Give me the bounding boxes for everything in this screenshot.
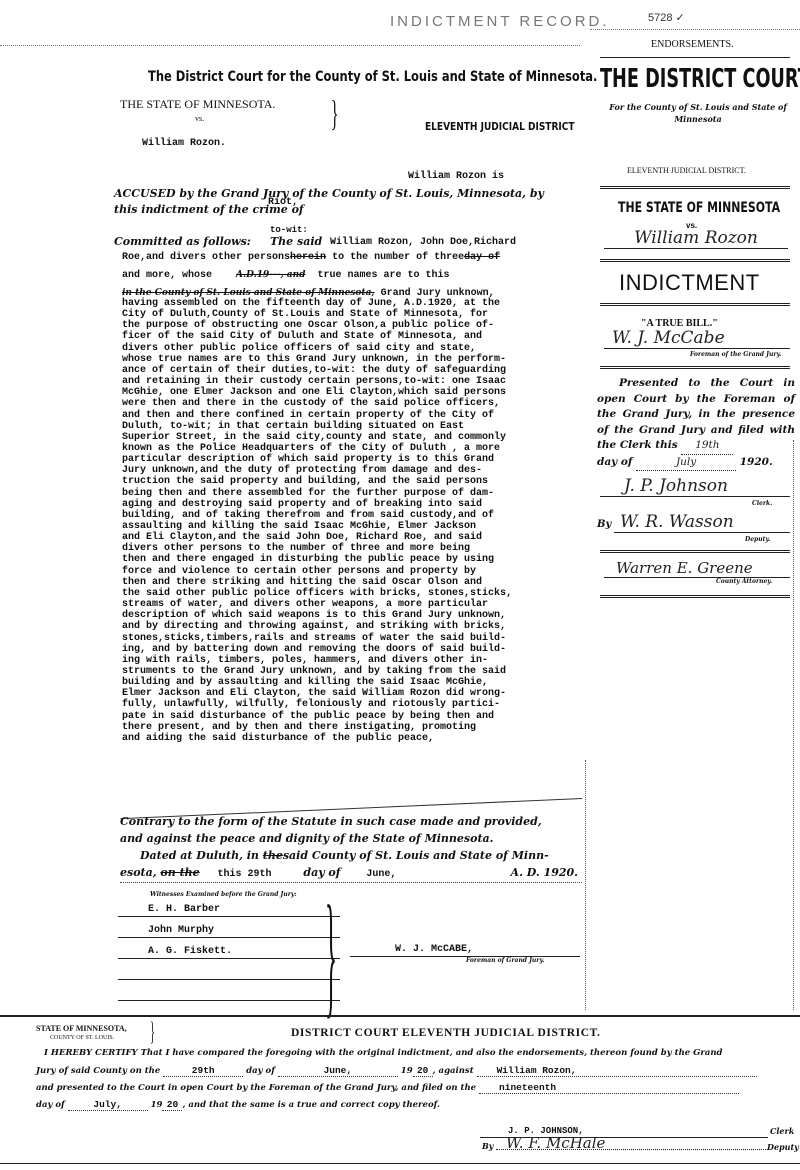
cert-brace-icon: } (150, 1019, 155, 1045)
foreman-caption: Foreman of the Grand Jury. (690, 351, 781, 358)
witness-line (118, 982, 340, 1001)
cert-state: STATE OF MINNESOTA, (36, 1024, 127, 1033)
body-line: Roe,and divers other personsherein to th… (122, 252, 500, 264)
the-said: The said (270, 235, 322, 248)
divider (600, 595, 790, 598)
court-heading: The District Court for the County of St.… (148, 69, 597, 85)
crime-name: Riot, (268, 197, 298, 208)
divider (600, 550, 790, 553)
divider (600, 57, 790, 58)
witness-line (118, 961, 340, 980)
committed-label: Committed as follows: (114, 235, 251, 248)
margin-line (793, 440, 794, 1010)
cert-heading: DISTRICT COURT ELEVENTH JUDICIAL DISTRIC… (291, 1027, 601, 1039)
accused-name: William Rozon is (408, 171, 504, 182)
cert-county: COUNTY OF ST. LOUIS. (50, 1035, 114, 1041)
by-label: By (597, 519, 611, 530)
caption-vs: vs. (195, 114, 204, 123)
statute-line-2: and against the peace and dignity of the… (120, 832, 494, 845)
caption-brace-icon: } (331, 95, 339, 131)
record-title: INDICTMENT RECORD. (390, 13, 610, 30)
clerk-caption: Clerk. (752, 500, 772, 507)
clerk-signature: J. P. Johnson (600, 476, 790, 497)
divider (600, 303, 790, 306)
to-wit-insert: to-wit: (270, 225, 308, 235)
footer-rule (0, 1015, 800, 1017)
foreman-signature: W. J. McCabe (604, 328, 790, 349)
witness-line: John Murphy (118, 919, 340, 938)
deputy-signature: W. R. Wasson (614, 512, 790, 533)
caption-plaintiff: THE STATE OF MINNESOTA. (120, 97, 275, 112)
cert-line-4: day of July, 1920, and that the same is … (36, 1099, 440, 1111)
statute-line-1: Contrary to the form of the Statute in s… (120, 815, 542, 828)
cert-line-1: I HEREBY CERTIFY That I have compared th… (44, 1048, 723, 1058)
deputy-caption: Deputy. (745, 536, 770, 543)
county-attorney-caption: County Attorney. (716, 578, 772, 585)
divider (600, 259, 790, 262)
endorsements-label: ENDORSEMENTS. (651, 39, 734, 50)
witness-header: Witnesses Examined before the Grand Jury… (150, 891, 297, 898)
witness-line: E. H. Barber (118, 898, 340, 917)
header-rule (0, 45, 580, 46)
defendant-signature: William Rozon (604, 228, 788, 249)
cert-deputy-signature: W. F. McHale (496, 1134, 768, 1150)
cert-deputy-caption: Deputy (767, 1142, 799, 1152)
dated-underline (120, 882, 582, 883)
divider (600, 186, 790, 189)
document-type: INDICTMENT (619, 270, 760, 296)
foreman-printed-caption: Foreman of Grand Jury. (466, 957, 544, 964)
endorsement-court: THE DISTRICT COURT, (600, 64, 800, 94)
divider (600, 366, 790, 369)
presented-text: Presented to the Court in open Court by … (597, 376, 795, 471)
caption-district: ELEVENTH JUDICIAL DISTRICT (425, 120, 575, 133)
body-line: William Rozon, John Doe,Richard (330, 237, 516, 249)
endorsement-district: ELEVENTH JUDICIAL DISTRICT. (627, 166, 746, 175)
foreman-printed-line: W. J. McCABE, (350, 940, 580, 957)
endorsement-county: For the County of St. Louis and State of… (602, 101, 794, 125)
body-line: and more, whose A.D.19---, and true name… (122, 269, 449, 282)
witness-line: A. G. Fiskett. (118, 940, 340, 959)
dated-line-1: Dated at Duluth, in thesaid County of St… (140, 849, 549, 862)
bottom-rule (0, 1163, 800, 1164)
cert-by-label: By (482, 1141, 493, 1151)
divider (590, 29, 800, 30)
cert-line-2: Jury of said County on the 29th day of J… (36, 1065, 757, 1077)
cert-line-3: and presented to the Court in open Court… (36, 1082, 739, 1094)
accused-line-1: ACCUSED by the Grand Jury of the County … (114, 187, 544, 200)
file-number: 5728 ✓ (648, 11, 685, 24)
endorsement-state: THE STATE OF MINNESOTA (618, 200, 780, 216)
county-attorney-signature: Warren E. Greene (604, 559, 790, 578)
cert-clerk-caption: Clerk (770, 1126, 794, 1136)
margin-line (585, 760, 586, 1010)
dated-line-2: esota, on the this 29th day of June, A. … (120, 866, 582, 880)
body-line: and aiding the said disturbance of the p… (122, 733, 434, 745)
caption-defendant: William Rozon. (142, 138, 226, 149)
witness-brace-icon: } (325, 885, 337, 1023)
